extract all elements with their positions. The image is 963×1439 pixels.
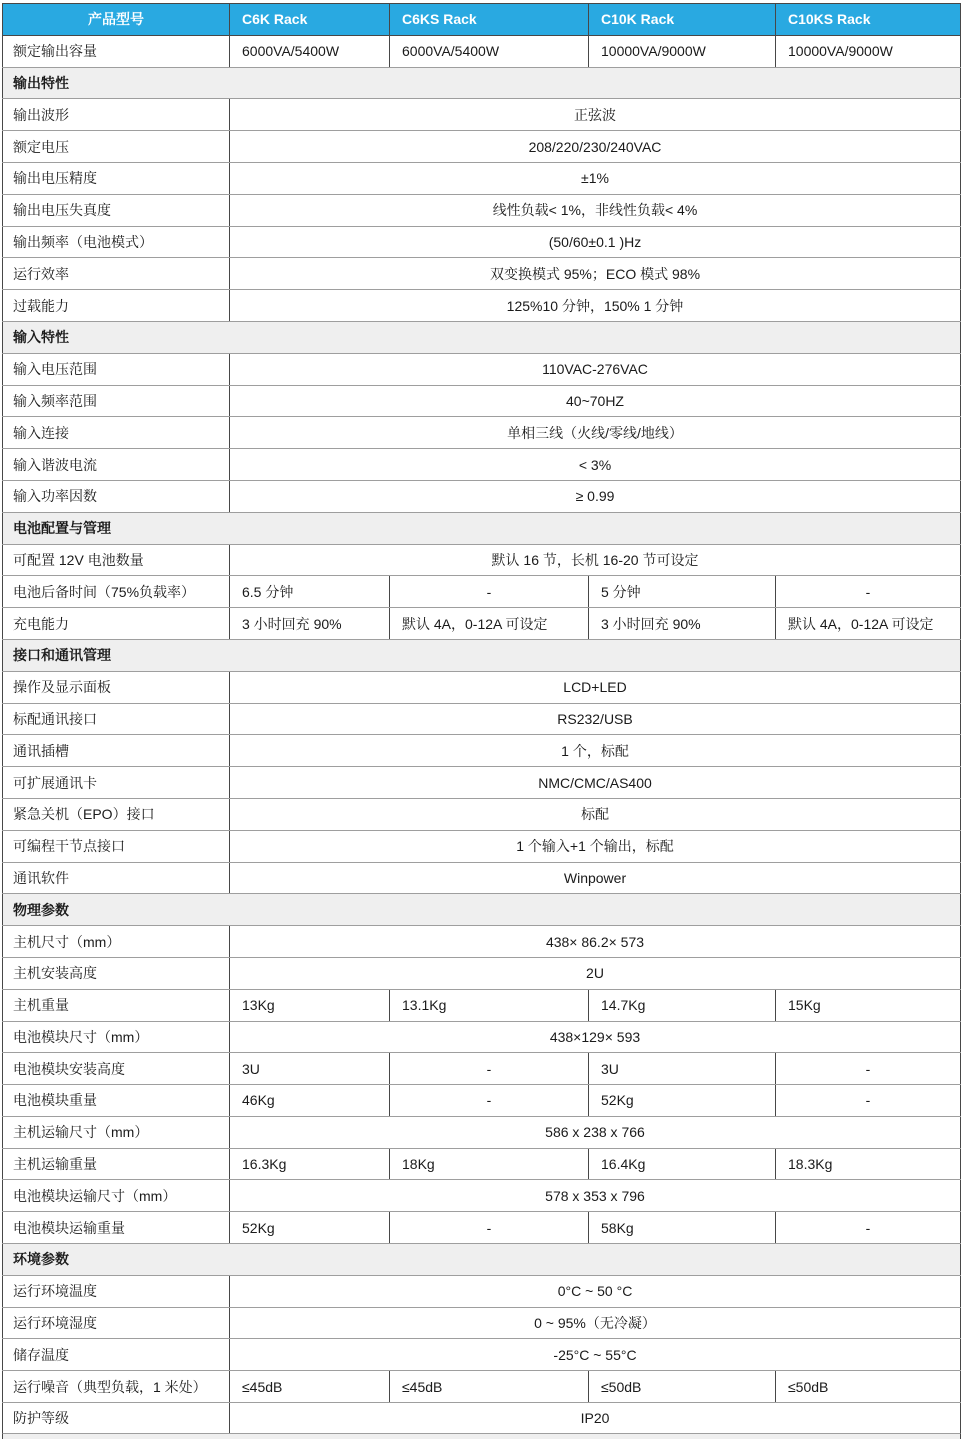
spec-value-merged: 40~70HZ [230, 385, 961, 417]
spec-row: 操作及显示面板LCD+LED [3, 671, 961, 703]
spec-value-cell: 10000VA/9000W [589, 35, 776, 67]
spec-value-merged: 208/220/230/240VAC [230, 131, 961, 163]
row-label: 主机重量 [3, 989, 230, 1021]
spec-value-cell: - [390, 1085, 589, 1117]
row-label: 额定输出容量 [3, 35, 230, 67]
row-label: 电池模块运输重量 [3, 1212, 230, 1244]
spec-value-merged: 125%10 分钟，150% 1 分钟 [230, 290, 961, 322]
spec-value-cell: 3 小时回充 90% [589, 608, 776, 640]
product-model-header: 产品型号 [3, 4, 230, 36]
spec-value-merged: NMC/CMC/AS400 [230, 767, 961, 799]
row-label: 输出电压失真度 [3, 194, 230, 226]
table-header-row: 产品型号 C6K Rack C6KS Rack C10K Rack C10KS … [3, 4, 961, 36]
spec-value-merged: LCD+LED [230, 671, 961, 703]
row-label: 输出电压精度 [3, 162, 230, 194]
spec-value-cell: 46Kg [230, 1085, 390, 1117]
spec-value-merged: -25°C ~ 55°C [230, 1339, 961, 1371]
spec-value-merged: 2U [230, 957, 961, 989]
section-title: 输出特性 [3, 67, 961, 99]
row-label: 通讯软件 [3, 862, 230, 894]
spec-value-cell: 3 小时回充 90% [230, 608, 390, 640]
spec-row: 运行环境温度0°C ~ 50 °C [3, 1275, 961, 1307]
section-title: 物理参数 [3, 894, 961, 926]
spec-row: 过载能力125%10 分钟，150% 1 分钟 [3, 290, 961, 322]
section-header-row: 电池配置与管理 [3, 512, 961, 544]
model-name-c10ks: C10KS Rack [776, 4, 961, 36]
row-label: 可扩展通讯卡 [3, 767, 230, 799]
spec-value-cell: 5 分钟 [589, 576, 776, 608]
spec-value-cell: 16.3Kg [230, 1148, 390, 1180]
row-label: 可配置 12V 电池数量 [3, 544, 230, 576]
row-label: 输出波形 [3, 99, 230, 131]
row-label: 运行环境湿度 [3, 1307, 230, 1339]
spec-value-cell: 18.3Kg [776, 1148, 961, 1180]
row-label: 电池模块安装高度 [3, 1053, 230, 1085]
spec-row: 输出电压失真度线性负载< 1%，非线性负载< 4% [3, 194, 961, 226]
row-label: 通讯插槽 [3, 735, 230, 767]
row-label: 过载能力 [3, 290, 230, 322]
spec-value-cell: 52Kg [589, 1085, 776, 1117]
section-title: 输入特性 [3, 321, 961, 353]
row-label: 运行效率 [3, 258, 230, 290]
spec-value-cell: 52Kg [230, 1212, 390, 1244]
row-label: 防护等级 [3, 1403, 230, 1435]
row-label: 充电能力 [3, 608, 230, 640]
spec-value-merged: 578 x 353 x 796 [230, 1180, 961, 1212]
spec-row: 电池模块尺寸（mm）438×129× 593 [3, 1021, 961, 1053]
spec-row: 额定输出容量6000VA/5400W6000VA/5400W10000VA/90… [3, 35, 961, 67]
row-label: 电池模块重量 [3, 1085, 230, 1117]
spec-row: 标配通讯接口RS232/USB [3, 703, 961, 735]
section-title: 电池配置与管理 [3, 512, 961, 544]
spec-value-cell: 默认 4A，0-12A 可设定 [776, 608, 961, 640]
row-label: 电池后备时间（75%负载率） [3, 576, 230, 608]
section-header-row: 物理参数 [3, 894, 961, 926]
spec-value-merged: 正弦波 [230, 99, 961, 131]
spec-value-merged: < 3% [230, 449, 961, 481]
spec-row: 通讯软件Winpower [3, 862, 961, 894]
spec-row: 防护等级IP20 [3, 1403, 961, 1435]
row-label: 输入连接 [3, 417, 230, 449]
row-label: 输入频率范围 [3, 385, 230, 417]
spec-row: 输出电压精度±1% [3, 162, 961, 194]
spec-value-cell: 13Kg [230, 989, 390, 1021]
row-label: 储存温度 [3, 1339, 230, 1371]
spec-row: 紧急关机（EPO）接口标配 [3, 798, 961, 830]
spec-row: 主机尺寸（mm）438× 86.2× 573 [3, 926, 961, 958]
spec-row: 输入功率因数≥ 0.99 [3, 480, 961, 512]
row-label: 输入谐波电流 [3, 449, 230, 481]
spec-value-cell: - [776, 1085, 961, 1117]
spec-row: 主机运输尺寸（mm）586 x 238 x 766 [3, 1116, 961, 1148]
spec-row: 输入频率范围40~70HZ [3, 385, 961, 417]
spec-value-cell: 14.7Kg [589, 989, 776, 1021]
spec-row: 储存温度-25°C ~ 55°C [3, 1339, 961, 1371]
spec-value-merged: 1 个，标配 [230, 735, 961, 767]
spec-row: 可配置 12V 电池数量默认 16 节，长机 16-20 节可设定 [3, 544, 961, 576]
row-label: 输出频率（电池模式） [3, 226, 230, 258]
spec-value-merged: 438× 86.2× 573 [230, 926, 961, 958]
section-header-row: 输出特性 [3, 67, 961, 99]
spec-value-merged: 线性负载< 1%，非线性负载< 4% [230, 194, 961, 226]
spec-value-merged: 110VAC-276VAC [230, 353, 961, 385]
spec-value-cell: 15Kg [776, 989, 961, 1021]
cutoff-section-row [2, 1433, 961, 1439]
spec-value-cell: - [390, 1053, 589, 1085]
spec-table: 产品型号 C6K Rack C6KS Rack C10K Rack C10KS … [2, 3, 961, 1435]
spec-value-cell: 10000VA/9000W [776, 35, 961, 67]
spec-row: 电池模块运输尺寸（mm）578 x 353 x 796 [3, 1180, 961, 1212]
spec-row: 输入连接单相三线（火线/零线/地线） [3, 417, 961, 449]
row-label: 主机运输尺寸（mm） [3, 1116, 230, 1148]
model-name-c10k: C10K Rack [589, 4, 776, 36]
row-label: 主机尺寸（mm） [3, 926, 230, 958]
row-label: 电池模块运输尺寸（mm） [3, 1180, 230, 1212]
spec-row: 电池模块运输重量52Kg-58Kg- [3, 1212, 961, 1244]
spec-value-cell: 13.1Kg [390, 989, 589, 1021]
section-header-row: 输入特性 [3, 321, 961, 353]
row-label: 电池模块尺寸（mm） [3, 1021, 230, 1053]
spec-value-cell: 默认 4A，0-12A 可设定 [390, 608, 589, 640]
row-label: 主机运输重量 [3, 1148, 230, 1180]
spec-value-cell: 16.4Kg [589, 1148, 776, 1180]
spec-value-merged: (50/60±0.1 )Hz [230, 226, 961, 258]
spec-value-merged: ≥ 0.99 [230, 480, 961, 512]
spec-row: 输出波形正弦波 [3, 99, 961, 131]
spec-row: 主机运输重量16.3Kg18Kg16.4Kg18.3Kg [3, 1148, 961, 1180]
spec-value-cell: ≤50dB [589, 1371, 776, 1403]
spec-value-cell: ≤50dB [776, 1371, 961, 1403]
spec-value-cell: 18Kg [390, 1148, 589, 1180]
spec-value-cell: - [390, 576, 589, 608]
spec-value-cell: ≤45dB [230, 1371, 390, 1403]
row-label: 可编程干节点接口 [3, 830, 230, 862]
row-label: 操作及显示面板 [3, 671, 230, 703]
spec-row: 电池模块安装高度3U-3U- [3, 1053, 961, 1085]
spec-row: 通讯插槽1 个，标配 [3, 735, 961, 767]
spec-row: 主机重量13Kg13.1Kg14.7Kg15Kg [3, 989, 961, 1021]
spec-value-merged: Winpower [230, 862, 961, 894]
spec-value-merged: 0°C ~ 50 °C [230, 1275, 961, 1307]
spec-value-cell: - [776, 1053, 961, 1085]
spec-row: 运行环境湿度0 ~ 95%（无冷凝） [3, 1307, 961, 1339]
row-label: 标配通讯接口 [3, 703, 230, 735]
spec-value-merged: 标配 [230, 798, 961, 830]
spec-value-cell: 6000VA/5400W [390, 35, 589, 67]
section-title: 接口和通讯管理 [3, 639, 961, 671]
row-label: 输入功率因数 [3, 480, 230, 512]
row-label: 运行噪音（典型负载，1 米处） [3, 1371, 230, 1403]
spec-row: 输入谐波电流< 3% [3, 449, 961, 481]
spec-row: 输入电压范围110VAC-276VAC [3, 353, 961, 385]
spec-value-merged: 双变换模式 95%；ECO 模式 98% [230, 258, 961, 290]
model-name-c6k: C6K Rack [230, 4, 390, 36]
spec-value-merged: 438×129× 593 [230, 1021, 961, 1053]
spec-value-cell: 6.5 分钟 [230, 576, 390, 608]
spec-row: 额定电压208/220/230/240VAC [3, 131, 961, 163]
spec-row: 运行效率双变换模式 95%；ECO 模式 98% [3, 258, 961, 290]
spec-row: 可扩展通讯卡NMC/CMC/AS400 [3, 767, 961, 799]
spec-row: 充电能力3 小时回充 90%默认 4A，0-12A 可设定3 小时回充 90%默… [3, 608, 961, 640]
spec-row: 主机安装高度2U [3, 957, 961, 989]
spec-value-cell: 58Kg [589, 1212, 776, 1244]
row-label: 紧急关机（EPO）接口 [3, 798, 230, 830]
spec-value-cell: - [776, 576, 961, 608]
spec-value-cell: 6000VA/5400W [230, 35, 390, 67]
spec-value-merged: 默认 16 节，长机 16-20 节可设定 [230, 544, 961, 576]
spec-value-cell: 3U [230, 1053, 390, 1085]
spec-value-merged: RS232/USB [230, 703, 961, 735]
section-header-row: 环境参数 [3, 1244, 961, 1276]
spec-value-cell: - [390, 1212, 589, 1244]
spec-value-merged: 586 x 238 x 766 [230, 1116, 961, 1148]
spec-value-merged: 0 ~ 95%（无冷凝） [230, 1307, 961, 1339]
model-name-c6ks: C6KS Rack [390, 4, 589, 36]
spec-value-merged: ±1% [230, 162, 961, 194]
spec-value-cell: ≤45dB [390, 1371, 589, 1403]
spec-row: 运行噪音（典型负载，1 米处）≤45dB≤45dB≤50dB≤50dB [3, 1371, 961, 1403]
row-label: 输入电压范围 [3, 353, 230, 385]
spec-row: 可编程干节点接口1 个输入+1 个输出，标配 [3, 830, 961, 862]
spec-value-merged: 单相三线（火线/零线/地线） [230, 417, 961, 449]
spec-row: 电池后备时间（75%负载率）6.5 分钟-5 分钟- [3, 576, 961, 608]
spec-value-cell: - [776, 1212, 961, 1244]
section-title: 环境参数 [3, 1244, 961, 1276]
spec-value-merged: IP20 [230, 1403, 961, 1435]
spec-table-wrapper: 产品型号 C6K Rack C6KS Rack C10K Rack C10KS … [2, 3, 961, 1435]
spec-row: 电池模块重量46Kg-52Kg- [3, 1085, 961, 1117]
row-label: 主机安装高度 [3, 957, 230, 989]
spec-row: 输出频率（电池模式）(50/60±0.1 )Hz [3, 226, 961, 258]
row-label: 运行环境温度 [3, 1275, 230, 1307]
row-label: 额定电压 [3, 131, 230, 163]
spec-value-cell: 3U [589, 1053, 776, 1085]
section-header-row: 接口和通讯管理 [3, 639, 961, 671]
spec-value-merged: 1 个输入+1 个输出，标配 [230, 830, 961, 862]
